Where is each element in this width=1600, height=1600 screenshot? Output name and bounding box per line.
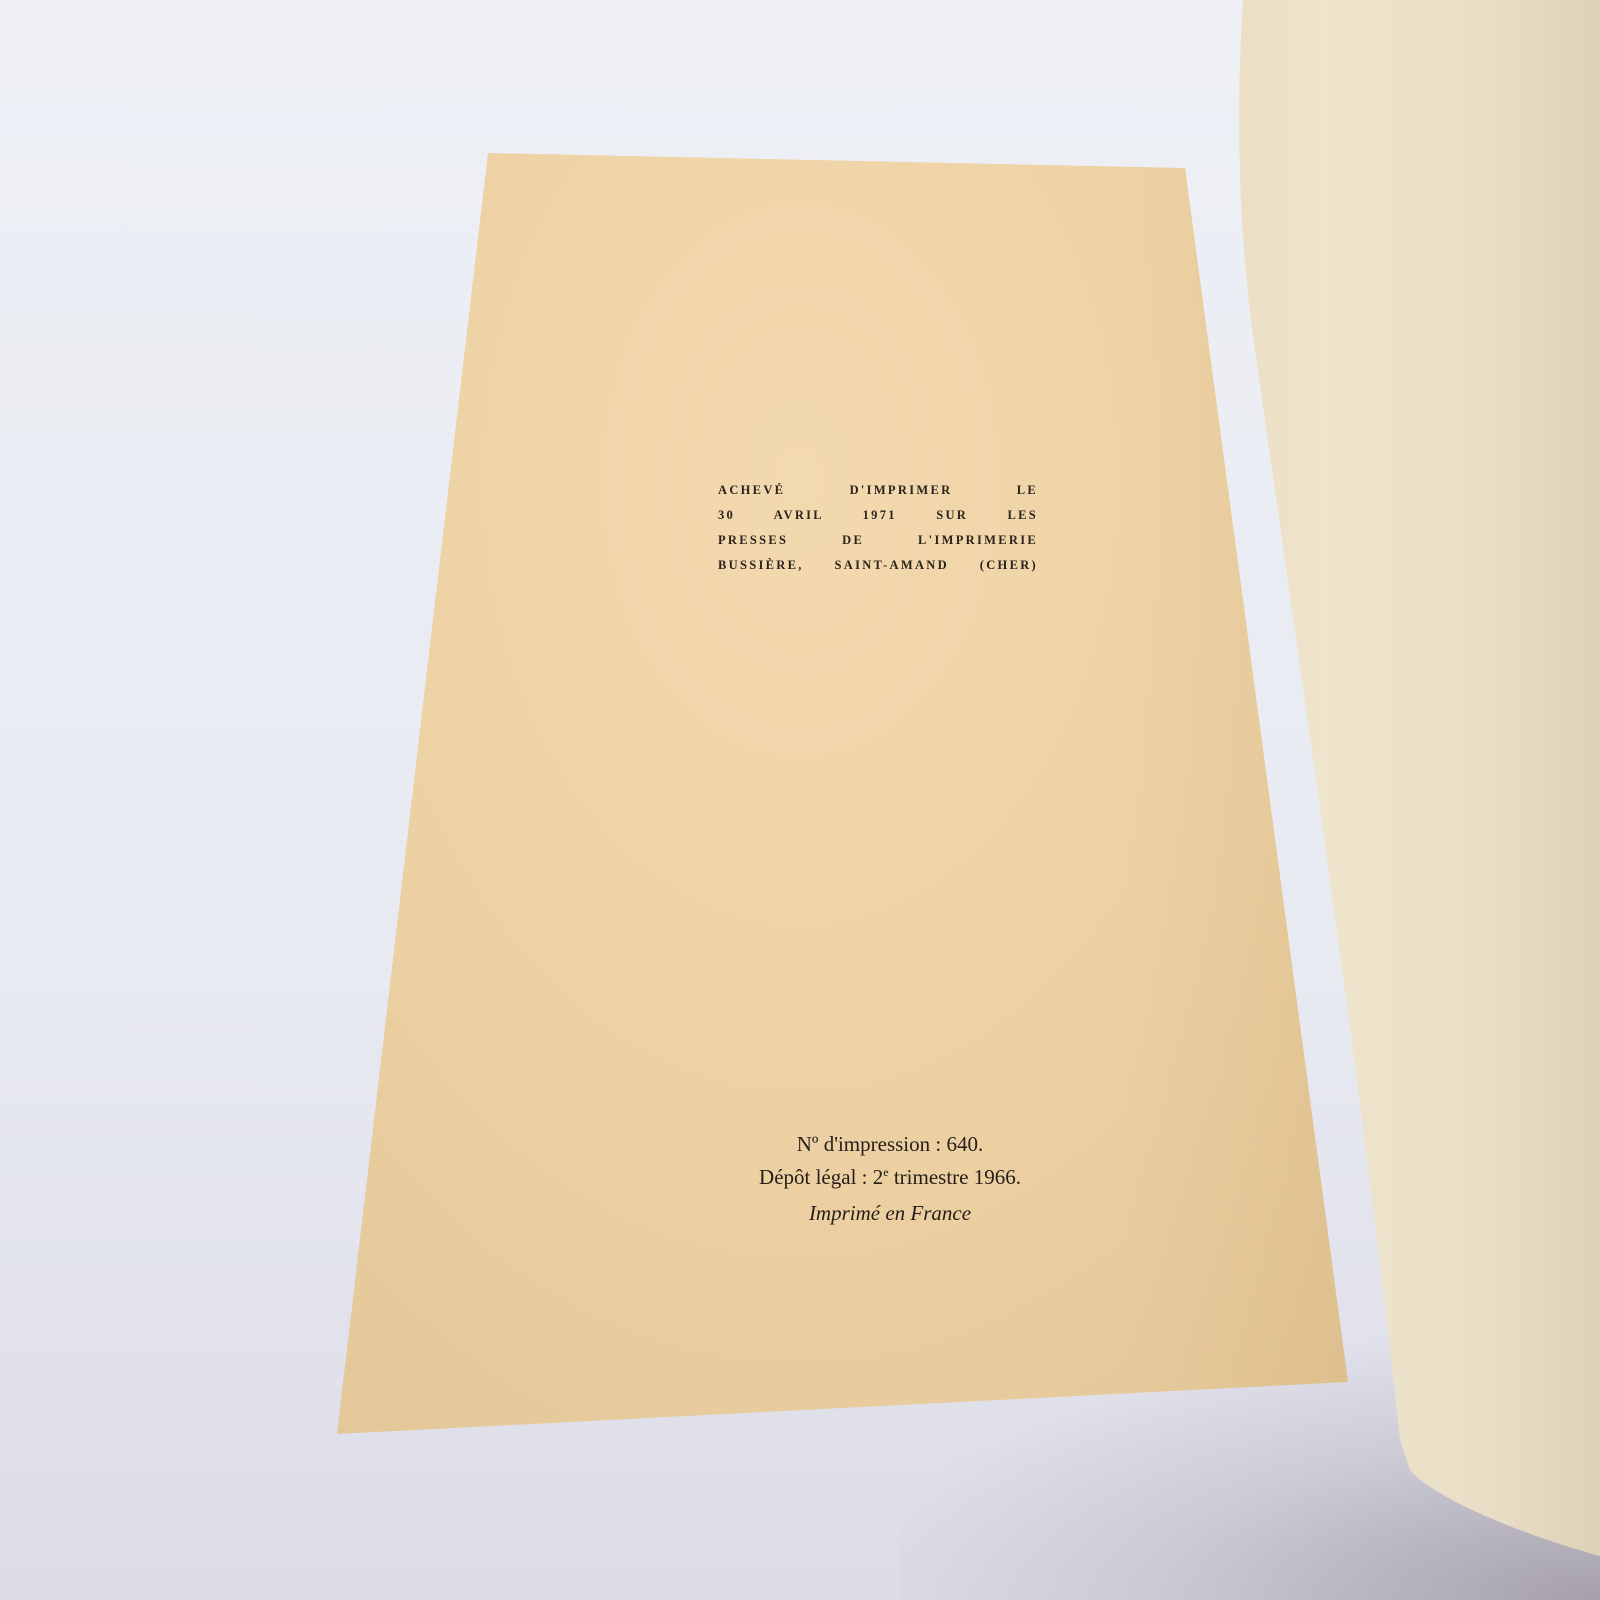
imprint-block: Nº d'impression : 640. Dépôt légal : 2e … <box>680 1130 1100 1227</box>
colophon-line-2: 30 AVRIL 1971 SUR LES <box>718 503 1038 528</box>
printed-in-country: Imprimé en France <box>680 1199 1100 1227</box>
colophon-block: ACHEVÉ D'IMPRIMER LE 30 AVRIL 1971 SUR L… <box>718 478 1038 578</box>
legal-deposit-prefix: Dépôt légal : 2 <box>759 1165 883 1189</box>
legal-deposit: Dépôt légal : 2e trimestre 1966. <box>680 1158 1100 1191</box>
print-number: Nº d'impression : 640. <box>680 1130 1100 1158</box>
colophon-line-1: ACHEVÉ D'IMPRIMER LE <box>718 478 1038 503</box>
legal-deposit-suffix: trimestre 1966. <box>889 1165 1021 1189</box>
colophon-line-3: PRESSES DE L'IMPRIMERIE <box>718 528 1038 553</box>
colophon-line-4: BUSSIÈRE, SAINT-AMAND (CHER) <box>718 553 1038 578</box>
